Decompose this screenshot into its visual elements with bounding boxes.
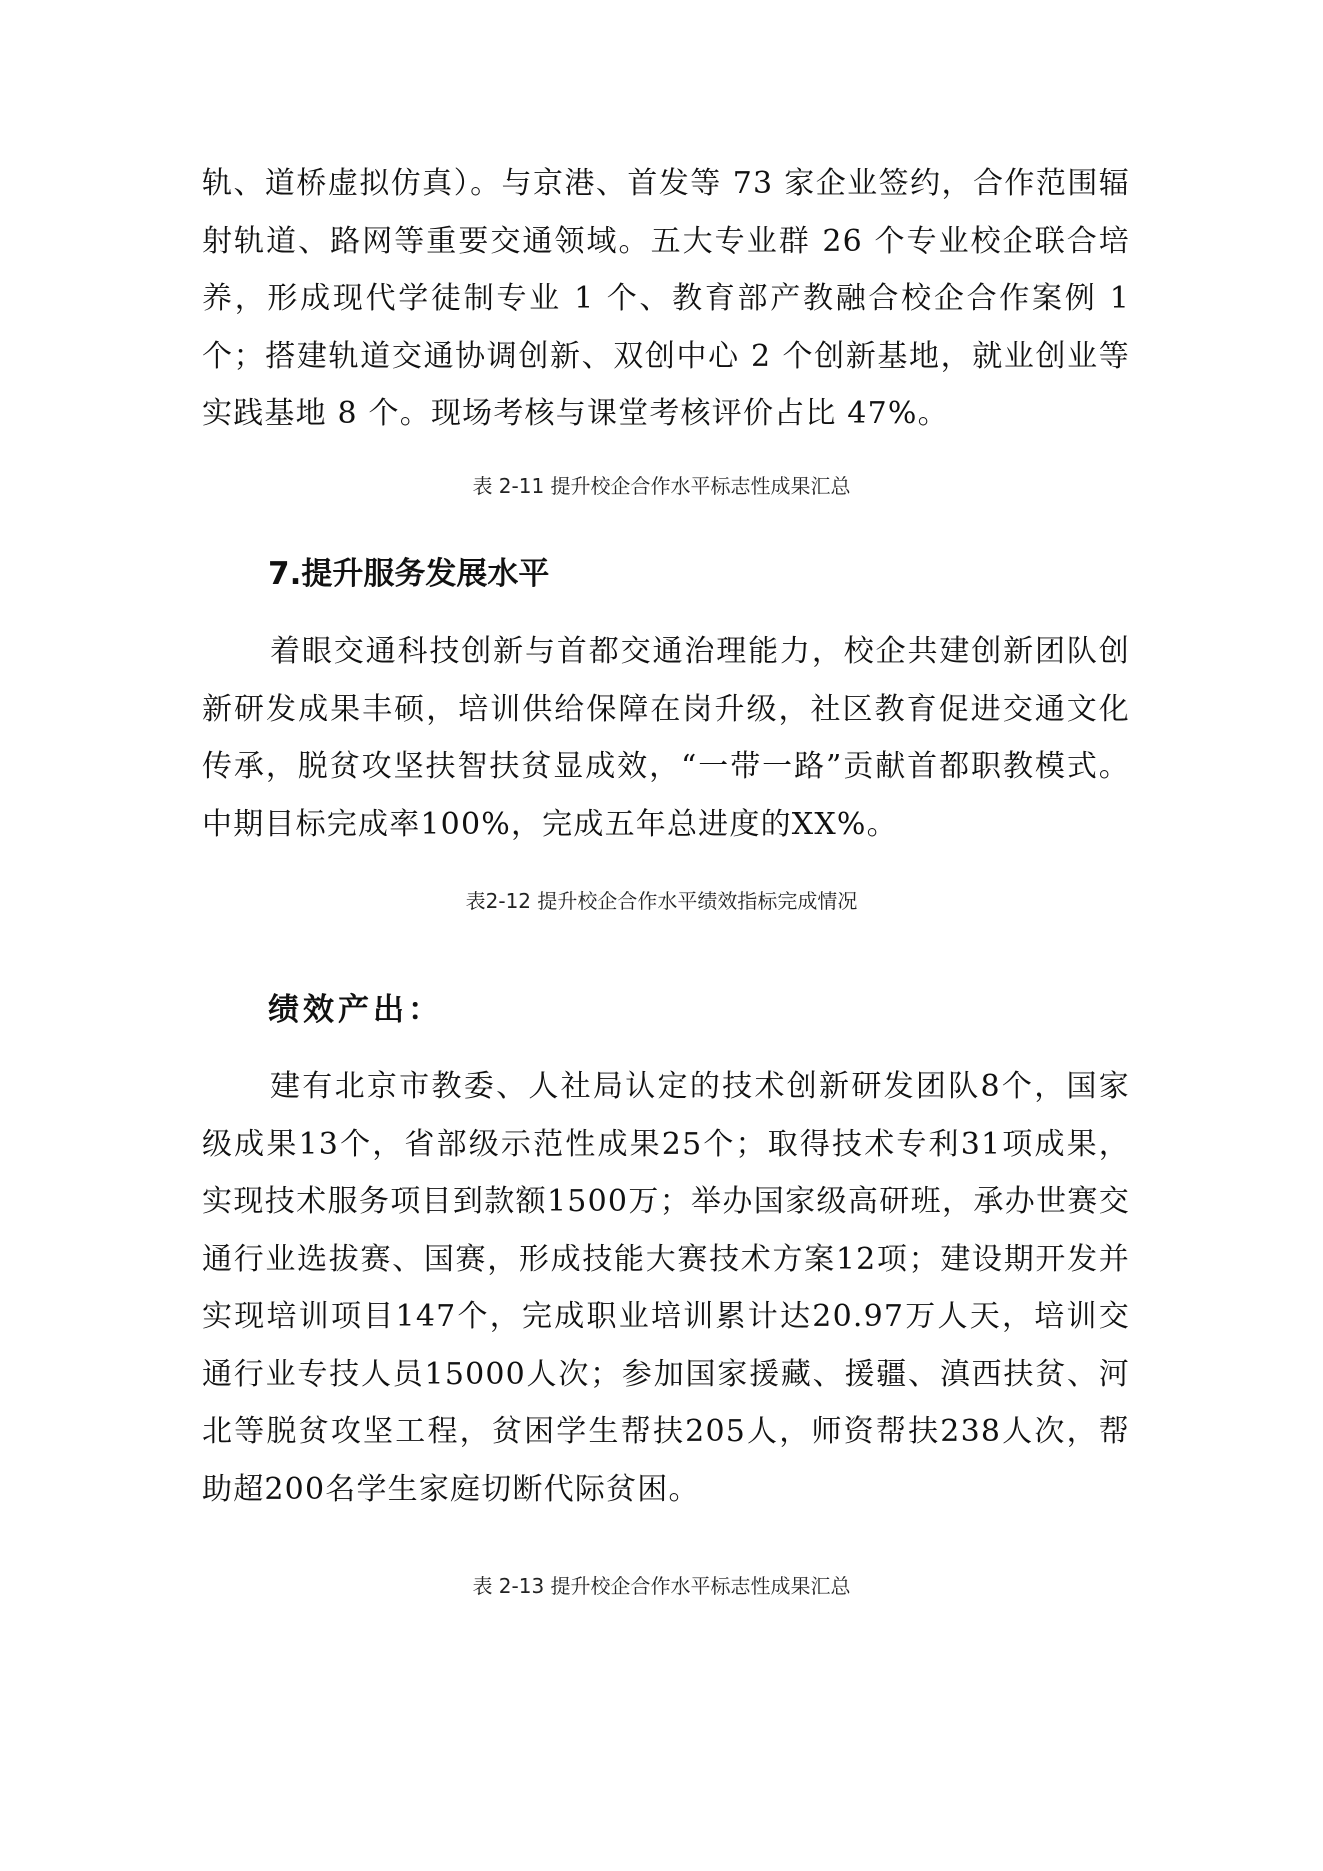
section7-heading: 7.提升服务发展水平 xyxy=(268,554,549,594)
section6-closing-paragraph: 轨、道桥虚拟仿真）。与京港、首发等 73 家企业签约，合作范围辐射轨道、路网等重… xyxy=(202,155,1130,443)
table-caption-2-12: 表2-12 提升校企合作水平绩效指标完成情况 xyxy=(0,887,1323,915)
table-caption-2-13: 表 2-13 提升校企合作水平标志性成果汇总 xyxy=(0,1572,1323,1600)
document-page: 轨、道桥虚拟仿真）。与京港、首发等 73 家企业签约，合作范围辐射轨道、路网等重… xyxy=(0,0,1323,1871)
table-caption-2-11: 表 2-11 提升校企合作水平标志性成果汇总 xyxy=(0,472,1323,500)
performance-output-heading: 绩效产出： xyxy=(268,990,443,1030)
performance-output-paragraph: 建有北京市教委、人社局认定的技术创新研发团队8个，国家级成果13个，省部级示范性… xyxy=(202,1058,1130,1518)
section7-paragraph: 着眼交通科技创新与首都交通治理能力，校企共建创新团队创新研发成果丰硕，培训供给保… xyxy=(202,623,1130,853)
